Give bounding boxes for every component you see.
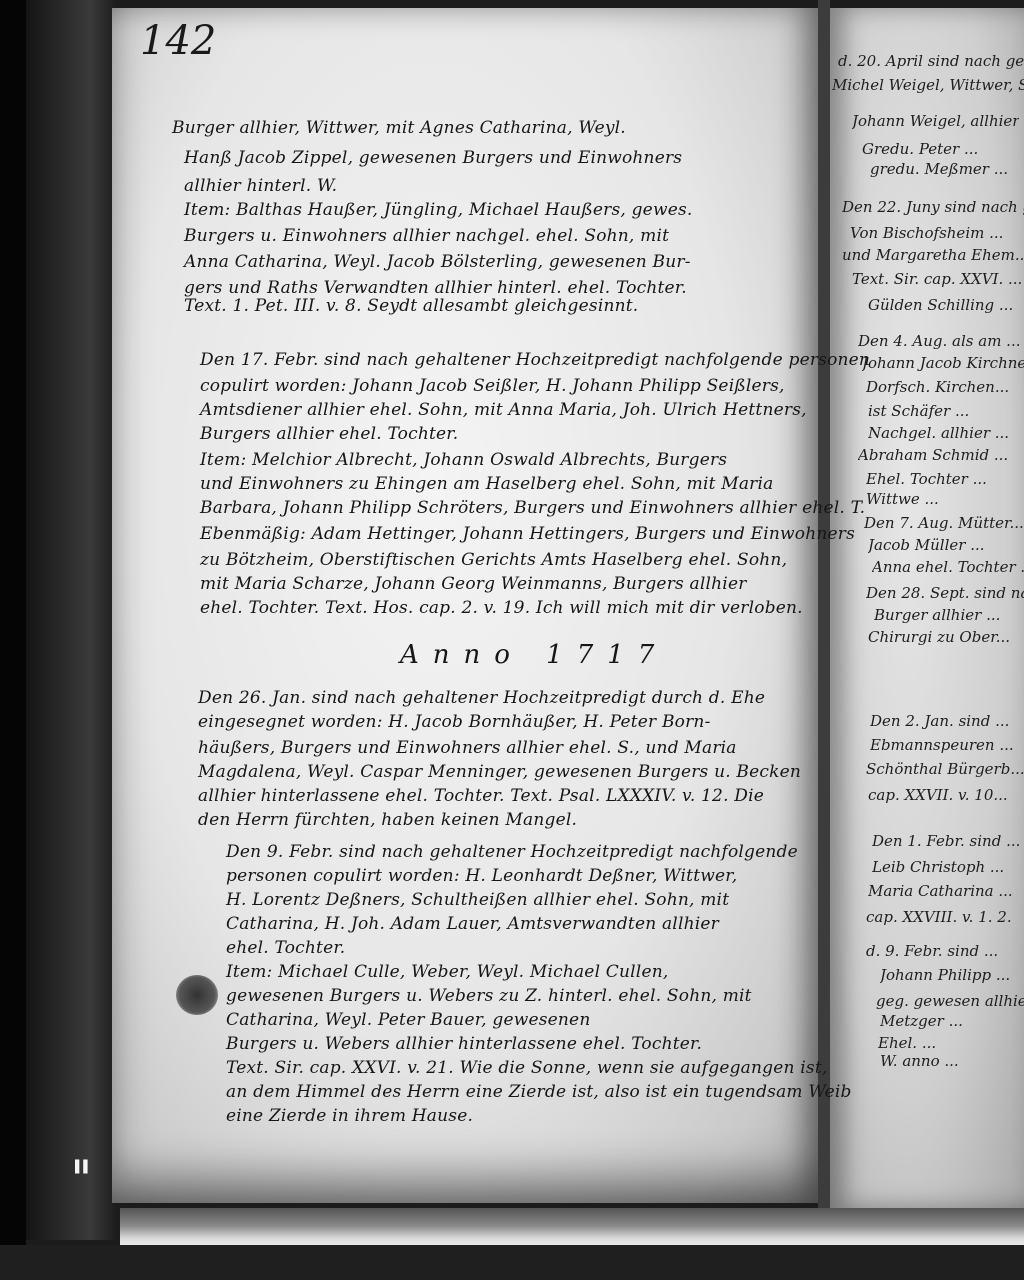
manuscript-line: Den 2. Jan. sind ...: [870, 712, 1009, 730]
manuscript-line: d. 9. Febr. sind ...: [866, 942, 998, 960]
manuscript-line: Amtsdiener allhier ehel. Sohn, mit Anna …: [200, 400, 807, 420]
manuscript-line: Johann Jacob Kirchner: [862, 354, 1024, 372]
manuscript-line: ist Schäfer ...: [868, 402, 969, 420]
manuscript-line: und Einwohners zu Ehingen am Haselberg e…: [200, 474, 773, 494]
manuscript-line: Von Bischofsheim ...: [850, 224, 1003, 242]
manuscript-line: Catharina, Weyl. Peter Bauer, gewesenen: [226, 1010, 590, 1030]
manuscript-line: Den 22. Juny sind nach geh.: [842, 198, 1024, 216]
manuscript-line: allhier hinterl. W.: [184, 176, 337, 196]
manuscript-line: den Herrn fürchten, haben keinen Mangel.: [198, 810, 577, 830]
manuscript-line: an dem Himmel des Herrn eine Zierde ist,…: [226, 1082, 852, 1102]
manuscript-line: Den 7. Aug. Mütter...: [864, 514, 1024, 532]
manuscript-line: Ebenmäßig: Adam Hettinger, Johann Hettin…: [200, 524, 855, 544]
manuscript-line: personen copulirt worden: H. Leonhardt D…: [226, 866, 737, 886]
manuscript-line: Ehel. ...: [878, 1034, 936, 1052]
manuscript-line: Schönthal Bürgerb...: [866, 760, 1024, 778]
manuscript-line: Metzger ...: [880, 1012, 963, 1030]
manuscript-line: Text. 1. Pet. III. v. 8. Seydt allesambt…: [184, 296, 638, 316]
manuscript-line: W. anno ...: [880, 1052, 959, 1070]
manuscript-line: Item: Balthas Haußer, Jüngling, Michael …: [184, 200, 692, 220]
manuscript-line: Gülden Schilling ...: [868, 296, 1013, 314]
manuscript-line: Burgers u. Webers allhier hinterlassene …: [226, 1034, 702, 1054]
manuscript-line: Chirurgi zu Ober...: [868, 628, 1010, 646]
manuscript-line: eingesegnet worden: H. Jacob Bornhäußer,…: [198, 712, 711, 732]
manuscript-line: Item: Melchior Albrecht, Johann Oswald A…: [200, 450, 727, 470]
manuscript-line: copulirt worden: Johann Jacob Seißler, H…: [200, 376, 785, 396]
manuscript-line: Catharina, H. Joh. Adam Lauer, Amtsverwa…: [226, 914, 719, 934]
manuscript-line: Leib Christoph ...: [872, 858, 1004, 876]
manuscript-line: cap. XXVIII. v. 1. 2.: [866, 908, 1012, 926]
manuscript-line: gers und Raths Verwandten allhier hinter…: [184, 278, 687, 298]
manuscript-line: Den 4. Aug. als am ...: [858, 332, 1021, 350]
manuscript-line: Burger allhier ...: [874, 606, 1000, 624]
manuscript-line: cap. XXVII. v. 10...: [868, 786, 1008, 804]
manuscript-line: eine Zierde in ihrem Hause.: [226, 1106, 473, 1126]
manuscript-line: gredu. Meßmer ...: [870, 160, 1008, 178]
manuscript-line: d. 20. April sind nach geh.: [838, 52, 1024, 70]
manuscript-line: Abraham Schmid ...: [858, 446, 1008, 464]
manuscript-line: Nachgel. allhier ...: [868, 424, 1009, 442]
book-binding: [26, 0, 118, 1240]
manuscript-line: allhier hinterlassene ehel. Tochter. Tex…: [198, 786, 764, 806]
manuscript-line: Den 28. Sept. sind nach: [866, 584, 1024, 602]
manuscript-line: Barbara, Johann Philipp Schröters, Burge…: [200, 498, 865, 518]
manuscript-line: ehel. Tochter. Text. Hos. cap. 2. v. 19.…: [200, 598, 803, 618]
film-border-left: [0, 0, 26, 1280]
manuscript-line: und Margaretha Ehem...: [842, 246, 1024, 264]
manuscript-line: Burgers allhier ehel. Tochter.: [200, 424, 458, 444]
manuscript-line: Dorfsch. Kirchen...: [866, 378, 1009, 396]
folio-number: 142: [140, 18, 216, 64]
manuscript-line: Johann Philipp ...: [880, 966, 1010, 984]
manuscript-line: Den 1. Febr. sind ...: [872, 832, 1020, 850]
manuscript-line: Magdalena, Weyl. Caspar Menninger, gewes…: [198, 762, 801, 782]
manuscript-line: häußers, Burgers und Einwohners allhier …: [198, 738, 737, 758]
manuscript-line: Item: Michael Culle, Weber, Weyl. Michae…: [226, 962, 668, 982]
manuscript-line: Den 17. Febr. sind nach gehaltener Hochz…: [200, 350, 870, 370]
page-gutter: [818, 0, 830, 1215]
manuscript-line: mit Maria Scharze, Johann Georg Weinmann…: [200, 574, 747, 594]
manuscript-line: Anna ehel. Tochter ...: [872, 558, 1024, 576]
manuscript-line: zu Bötzheim, Oberstiftischen Gerichts Am…: [200, 550, 787, 570]
manuscript-line: Burgers u. Einwohners allhier nachgel. e…: [184, 226, 669, 246]
film-corner-mark: '': [70, 1150, 87, 1210]
manuscript-line: Text. Sir. cap. XXVI. v. 21. Wie die Son…: [226, 1058, 827, 1078]
manuscript-line: Text. Sir. cap. XXVI. ...: [852, 270, 1022, 288]
manuscript-line: Anna Catharina, Weyl. Jacob Bölsterling,…: [184, 252, 691, 272]
manuscript-line: Jacob Müller ...: [868, 536, 985, 554]
manuscript-line: Michel Weigel, Wittwer, Sohn: [832, 76, 1024, 94]
manuscript-line: Den 9. Febr. sind nach gehaltener Hochze…: [226, 842, 798, 862]
manuscript-line: Gredu. Peter ...: [862, 140, 978, 158]
manuscript-line: Hanß Jacob Zippel, gewesenen Burgers und…: [184, 148, 682, 168]
manuscript-line: Ehel. Tochter ...: [866, 470, 987, 488]
manuscript-line: Den 26. Jan. sind nach gehaltener Hochze…: [198, 688, 765, 708]
year-heading: Anno 1717: [400, 640, 668, 670]
manuscript-line: ehel. Tochter.: [226, 938, 345, 958]
manuscript-line: Burger allhier, Wittwer, mit Agnes Catha…: [172, 118, 626, 138]
manuscript-line: Ebmannspeuren ...: [870, 736, 1014, 754]
ink-blot: [176, 975, 218, 1015]
manuscript-line: Johann Weigel, allhier: [852, 112, 1019, 130]
manuscript-line: H. Lorentz Deßners, Schultheißen allhier…: [226, 890, 729, 910]
manuscript-line: geg. gewesen allhier ...: [876, 992, 1024, 1010]
manuscript-line: Wittwe ...: [866, 490, 939, 508]
manuscript-line: gewesenen Burgers u. Webers zu Z. hinter…: [226, 986, 752, 1006]
manuscript-line: Maria Catharina ...: [868, 882, 1013, 900]
